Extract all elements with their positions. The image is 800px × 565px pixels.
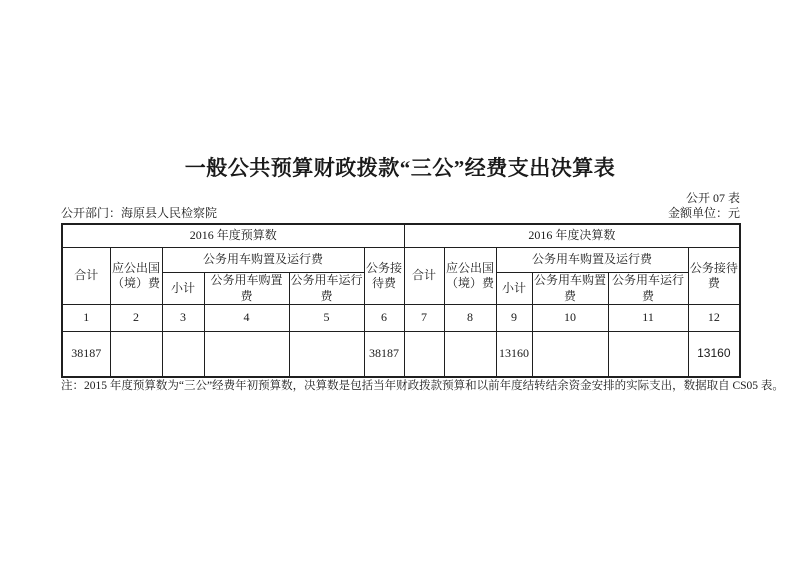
- page-title: 一般公共预算财政拨款“三公”经费支出决算表: [0, 152, 800, 182]
- header-subtotal-budget: 小计: [162, 273, 204, 305]
- group-header-budget: 2016 年度预算数: [62, 224, 404, 248]
- column-number: 12: [688, 305, 740, 332]
- column-number: 7: [404, 305, 444, 332]
- group-header-final: 2016 年度决算数: [404, 224, 740, 248]
- data-cell-vehicle-subtotal-final: 13160: [496, 332, 532, 378]
- data-cell-reception-final: 13160: [688, 332, 740, 378]
- data-cell: [162, 332, 204, 378]
- column-number: 6: [364, 305, 404, 332]
- data-cell: [204, 332, 289, 378]
- department-label: 公开部门：海原县人民检察院: [61, 204, 217, 221]
- data-row: 38187 38187 13160 13160: [62, 332, 740, 378]
- header-vehicle-operation-budget: 公务用车运行费: [289, 273, 364, 305]
- column-number: 4: [204, 305, 289, 332]
- column-number: 8: [444, 305, 496, 332]
- column-number: 5: [289, 305, 364, 332]
- header-vehicle-purchase-final: 公务用车购置费: [532, 273, 608, 305]
- footnote: 注：2015 年度预算数为“三公”经费年初预算数，决算数是包括当年财政拨款预算和…: [61, 377, 771, 393]
- header-abroad-budget: 应公出国（境）费: [110, 248, 162, 305]
- data-cell: [444, 332, 496, 378]
- column-number: 1: [62, 305, 110, 332]
- data-cell-total-budget: 38187: [62, 332, 110, 378]
- data-cell: [110, 332, 162, 378]
- data-cell: [289, 332, 364, 378]
- header-total-budget: 合计: [62, 248, 110, 305]
- data-cell: [404, 332, 444, 378]
- header-vehicle-group-budget: 公务用车购置及运行费: [162, 248, 364, 273]
- header-abroad-final: 应公出国（境）费: [444, 248, 496, 305]
- column-number: 2: [110, 305, 162, 332]
- unit-label: 金额单位：元: [668, 204, 740, 221]
- header-reception-final: 公务接待费: [688, 248, 740, 305]
- three-public-expense-table: 2016 年度预算数 2016 年度决算数 合计 应公出国（境）费 公务用车购置…: [61, 223, 741, 378]
- header-vehicle-purchase-budget: 公务用车购置费: [204, 273, 289, 305]
- column-number: 11: [608, 305, 688, 332]
- data-cell: [532, 332, 608, 378]
- data-cell: [608, 332, 688, 378]
- column-number: 10: [532, 305, 608, 332]
- header-subtotal-final: 小计: [496, 273, 532, 305]
- column-number-row: 1 2 3 4 5 6 7 8 9 10 11 12: [62, 305, 740, 332]
- column-number: 3: [162, 305, 204, 332]
- document-page: 一般公共预算财政拨款“三公”经费支出决算表 公开 07 表 公开部门：海原县人民…: [0, 0, 800, 565]
- header-row: 合计 应公出国（境）费 公务用车购置及运行费 公务接待费 合计 应公出国（境）费…: [62, 248, 740, 273]
- header-total-final: 合计: [404, 248, 444, 305]
- column-number: 9: [496, 305, 532, 332]
- header-vehicle-operation-final: 公务用车运行费: [608, 273, 688, 305]
- header-reception-budget: 公务接待费: [364, 248, 404, 305]
- data-cell-reception-budget: 38187: [364, 332, 404, 378]
- group-header-row: 2016 年度预算数 2016 年度决算数: [62, 224, 740, 248]
- meta-row: 公开部门：海原县人民检察院 金额单位：元: [61, 204, 740, 221]
- header-vehicle-group-final: 公务用车购置及运行费: [496, 248, 688, 273]
